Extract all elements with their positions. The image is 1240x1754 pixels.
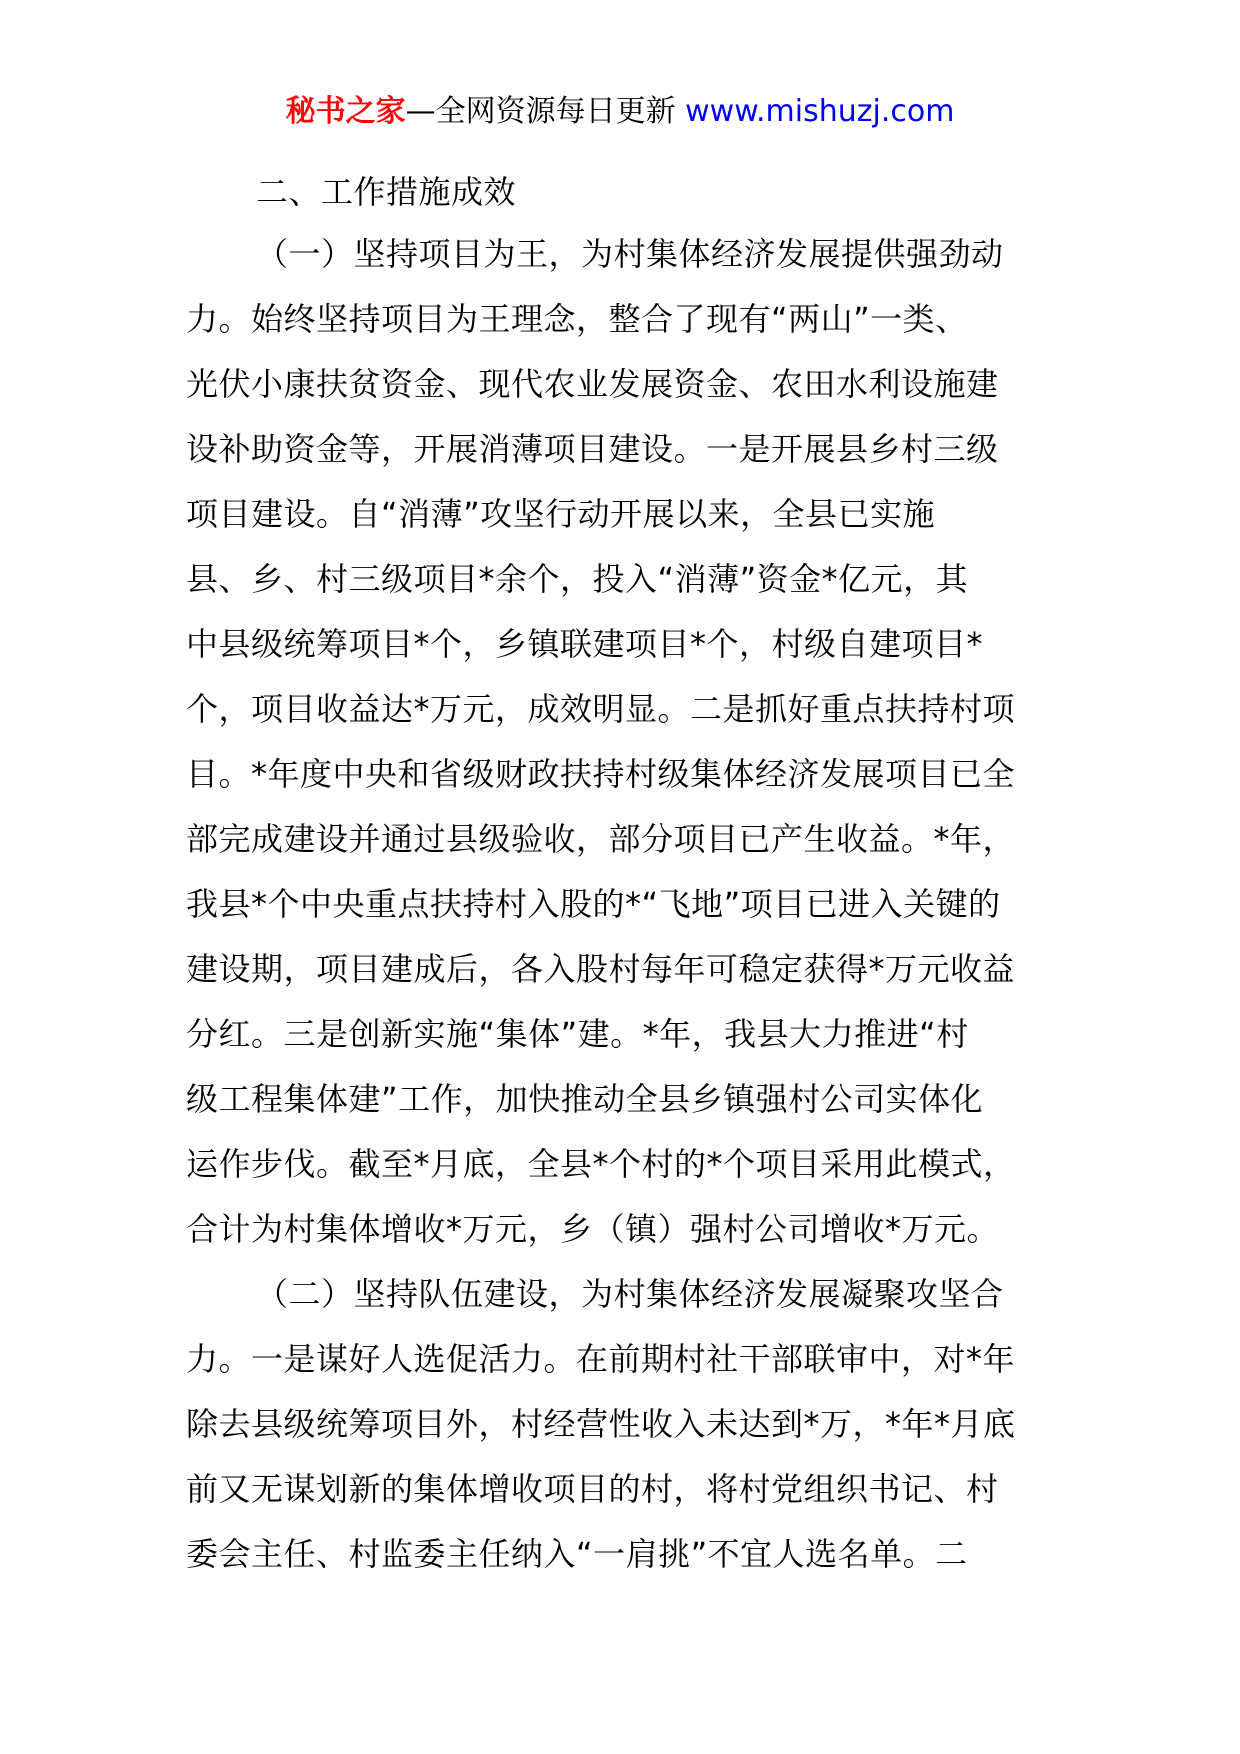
paragraph-line: 光伏小康扶贫资金、现代农业发展资金、农田水利设施建 [186, 352, 1066, 417]
paragraph-line: 中县级统筹项目*个，乡镇联建项目*个，村级自建项目* [186, 612, 1066, 677]
paragraph-line: 县、乡、村三级项目*余个，投入“消薄”资金*亿元，其 [186, 547, 1066, 612]
paragraph-line: 分红。三是创新实施“集体”建。*年，我县大力推进“村 [186, 1002, 1066, 1067]
paragraph-line: 级工程集体建”工作，加快推动全县乡镇强村公司实体化 [186, 1067, 1066, 1132]
paragraph-line: 个，项目收益达*万元，成效明显。二是抓好重点扶持村项 [186, 677, 1066, 742]
paragraph-line: 合计为村集体增收*万元，乡（镇）强村公司增收*万元。 [186, 1197, 1066, 1262]
paragraph-line: 建设期，项目建成后，各入股村每年可稳定获得*万元收益 [186, 937, 1066, 1002]
paragraph-line: 我县*个中央重点扶持村入股的*“飞地”项目已进入关键的 [186, 872, 1066, 937]
paragraph-line: 委会主任、村监委主任纳入“一肩挑”不宜人选名单。二 [186, 1522, 1066, 1587]
document-body: 二、工作措施成效 （一）坚持项目为王，为村集体经济发展提供强劲动 力。始终坚持项… [186, 162, 1066, 1587]
site-url-link[interactable]: www.mishuzj.com [685, 94, 954, 129]
paragraph-line: 力。始终坚持项目为王理念，整合了现有“两山”一类、 [186, 287, 1066, 352]
site-watermark-header: 秘书之家—全网资源每日更新 www.mishuzj.com [0, 92, 1240, 132]
slogan-text: —全网资源每日更新 [406, 94, 686, 129]
section-heading: 二、工作措施成效 [186, 162, 1066, 222]
paragraph-line: 前又无谋划新的集体增收项目的村，将村党组织书记、村 [186, 1457, 1066, 1522]
paragraph-line: 除去县级统筹项目外，村经营性收入未达到*万，*年*月底 [186, 1392, 1066, 1457]
paragraph-line: 项目建设。自“消薄”攻坚行动开展以来，全县已实施 [186, 482, 1066, 547]
paragraph-line: （二）坚持队伍建设，为村集体经济发展凝聚攻坚合 [186, 1262, 1066, 1327]
paragraph-line: 目。*年度中央和省级财政扶持村级集体经济发展项目已全 [186, 742, 1066, 807]
brand-name: 秘书之家 [286, 94, 406, 129]
paragraph-line: 运作步伐。截至*月底，全县*个村的*个项目采用此模式， [186, 1132, 1066, 1197]
paragraph-line: （一）坚持项目为王，为村集体经济发展提供强劲动 [186, 222, 1066, 287]
paragraph-line: 部完成建设并通过县级验收，部分项目已产生收益。*年， [186, 807, 1066, 872]
paragraph-line: 力。一是谋好人选促活力。在前期村社干部联审中，对*年 [186, 1327, 1066, 1392]
paragraph-2: （二）坚持队伍建设，为村集体经济发展凝聚攻坚合 力。一是谋好人选促活力。在前期村… [186, 1262, 1066, 1587]
paragraph-1: （一）坚持项目为王，为村集体经济发展提供强劲动 力。始终坚持项目为王理念，整合了… [186, 222, 1066, 1262]
paragraph-line: 设补助资金等，开展消薄项目建设。一是开展县乡村三级 [186, 417, 1066, 482]
